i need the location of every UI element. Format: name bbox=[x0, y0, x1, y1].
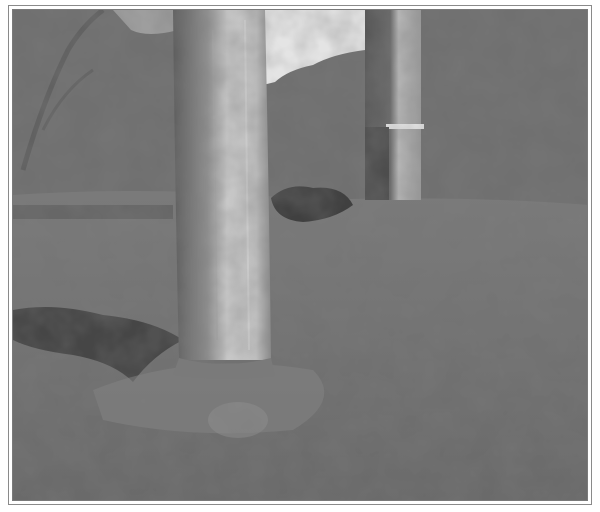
photograph bbox=[13, 10, 588, 501]
photo-frame bbox=[12, 9, 588, 501]
